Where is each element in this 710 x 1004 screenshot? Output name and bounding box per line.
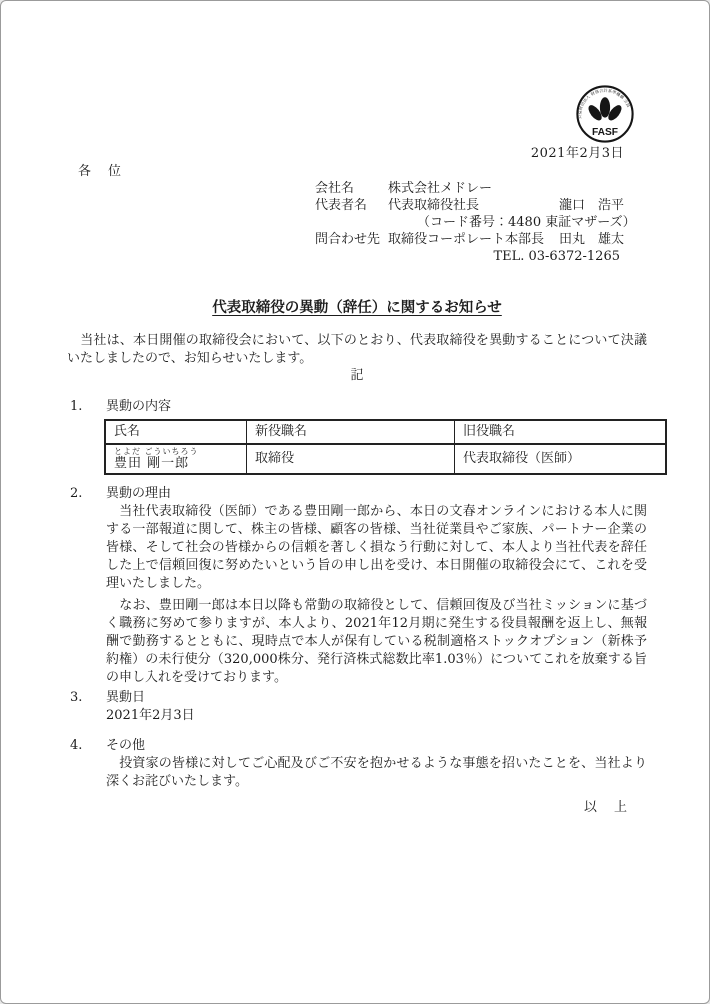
section-4-number: 4. — [70, 737, 82, 755]
section-1-number: 1. — [70, 398, 82, 416]
document-title-text: 代表取締役の異動（辞任）に関するお知らせ — [212, 299, 502, 316]
cell-person: とよだ ごういちろう 豊田 剛一郎 — [105, 444, 247, 474]
fasf-leaf-center — [600, 97, 610, 117]
company-name-label: 会社名 — [315, 180, 354, 197]
section-2-title: 異動の理由 — [106, 485, 171, 503]
reason-paragraph-2: なお、豊田剛一郎は本日以降も常勤の取締役として、信頼回復及び当社ミッションに基づ… — [106, 597, 647, 687]
section-1-heading: 1. 異動の内容 — [67, 398, 647, 416]
tel-number: TEL. 03-6372-1265 — [493, 248, 620, 265]
reason-paragraph-1: 当社代表取締役（医師）である豊田剛一郎から、本日の文春オンラインにおける本人に関… — [106, 503, 647, 593]
stock-code-value: （コード番号：4480 東証マザーズ） — [417, 214, 636, 231]
ki-marker: 記 — [67, 367, 647, 385]
contact-title: 取締役コーポレート本部長 — [388, 231, 544, 248]
section-change-details: 1. 異動の内容 氏名 新役職名 旧役職名 とよだ ごういちろう 豊田 剛一郎 — [67, 398, 647, 475]
section-2-number: 2. — [70, 485, 82, 503]
fasf-logo-icon: 公益財団法人 財務会計基準機構 会員 FASF — [573, 84, 637, 144]
document-title: 代表取締役の異動（辞任）に関するお知らせ — [67, 299, 647, 318]
document-date: 2021年2月3日 — [531, 145, 624, 163]
person-furigana: とよだ ごういちろう — [114, 447, 240, 456]
section-4-title: その他 — [106, 737, 145, 755]
company-name-row: 会社名 株式会社メドレー — [67, 180, 647, 197]
stock-code-row: （コード番号：4480 東証マザーズ） — [67, 214, 647, 231]
company-info-block: 会社名 株式会社メドレー 代表者名 代表取締役社長 瀧口 浩平 （コード番号：4… — [67, 180, 647, 265]
change-table-data-row: とよだ ごういちろう 豊田 剛一郎 取締役 代表取締役（医師） — [105, 444, 666, 474]
section-3-title: 異動日 — [106, 689, 145, 707]
change-table-header-row: 氏名 新役職名 旧役職名 — [105, 420, 666, 444]
section-2-heading: 2. 異動の理由 — [67, 485, 647, 503]
header-name: 氏名 — [105, 420, 247, 444]
section-3-number: 3. — [70, 689, 82, 707]
recipient-line: 各 位 — [78, 163, 123, 181]
fasf-logo-label: FASF — [592, 127, 618, 138]
person-name: 豊田 剛一郎 — [114, 456, 240, 471]
intro-paragraph: 当社は、本日開催の取締役会において、以下のとおり、代表取締役を異動することについ… — [67, 332, 647, 368]
representative-title: 代表取締役社長 — [388, 197, 479, 214]
representative-row: 代表者名 代表取締役社長 瀧口 浩平 — [67, 197, 647, 214]
section-other: 4. その他 投資家の皆様に対してご心配及びご不安を抱かせるような事態を招いたこ… — [67, 737, 647, 791]
tel-row: TEL. 03-6372-1265 — [67, 248, 647, 265]
header-new-title: 新役職名 — [247, 420, 455, 444]
contact-row: 問合わせ先 取締役コーポレート本部長 田丸 雄太 — [67, 231, 647, 248]
contact-name: 田丸 雄太 — [559, 231, 624, 248]
contact-label: 問合わせ先 — [315, 231, 380, 248]
section-change-date: 3. 異動日 2021年2月3日 — [67, 689, 647, 725]
cell-old-title: 代表取締役（医師） — [455, 444, 667, 474]
representative-name: 瀧口 浩平 — [559, 197, 624, 214]
change-date-value: 2021年2月3日 — [106, 707, 647, 725]
press-release-page: 公益財団法人 財務会計基準機構 会員 FASF 2021年2月3日 各 位 会社… — [0, 0, 710, 1004]
section-reason: 2. 異動の理由 当社代表取締役（医師）である豊田剛一郎から、本日の文春オンライ… — [67, 485, 647, 687]
change-table: 氏名 新役職名 旧役職名 とよだ ごういちろう 豊田 剛一郎 取締役 代表取締役… — [104, 419, 667, 475]
closing-marker: 以 上 — [67, 799, 647, 817]
section-4-heading: 4. その他 — [67, 737, 647, 755]
section-3-heading: 3. 異動日 — [67, 689, 647, 707]
company-name-value: 株式会社メドレー — [388, 180, 492, 197]
section-1-title: 異動の内容 — [106, 398, 171, 416]
header-old-title: 旧役職名 — [455, 420, 667, 444]
sections-container: 1. 異動の内容 氏名 新役職名 旧役職名 とよだ ごういちろう 豊田 剛一郎 — [67, 398, 647, 817]
cell-new-title: 取締役 — [247, 444, 455, 474]
other-paragraph: 投資家の皆様に対してご心配及びご不安を抱かせるような事態を招いたことを、当社より… — [106, 755, 647, 791]
representative-label: 代表者名 — [315, 197, 367, 214]
